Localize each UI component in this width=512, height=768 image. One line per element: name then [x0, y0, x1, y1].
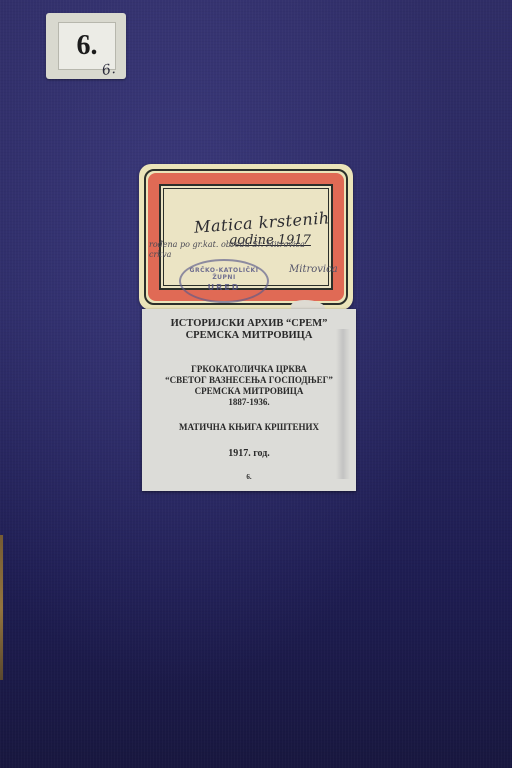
stamp-middle-text: URED: [181, 283, 267, 292]
handwritten-note-line1: rođena po gr.kat. obredu Sr. Mitrovica: [149, 240, 305, 249]
book-year: 1917. год.: [142, 448, 356, 459]
archive-fond: ГРКОКАТОЛИЧКА ЦРКВА “СВЕТОГ ВАЗНЕСЕЊА ГО…: [142, 364, 356, 408]
institution-line: ИСТОРИЈСКИ АРХИВ “СРЕМ”: [142, 318, 356, 330]
stamp-top-text: GRČKO-KATOLIČKI ŽUPNI: [181, 267, 267, 281]
binding-edge: [0, 535, 3, 680]
handwritten-signature: Mitrovica: [289, 264, 338, 275]
fond-line: ГРКОКАТОЛИЧКА ЦРКВА: [142, 364, 356, 375]
archive-institution: ИСТОРИЈСКИ АРХИВ “СРЕМ” СРЕМСКА МИТРОВИЦ…: [142, 318, 356, 342]
archive-label: ИСТОРИЈСКИ АРХИВ “СРЕМ” СРЕМСКА МИТРОВИЦ…: [142, 309, 356, 491]
ornamental-label: Matica krstenih godine 1917 rođena po gr…: [139, 164, 353, 310]
institution-line: СРЕМСКА МИТРОВИЦА: [142, 330, 356, 342]
book-number: 6.: [142, 473, 356, 481]
fond-line: СРЕМСКА МИТРОВИЦА: [142, 386, 356, 397]
fond-line: 1887-1936.: [142, 397, 356, 408]
handwritten-note-line2: crkva: [149, 250, 171, 259]
book-title: МАТИЧНА КЊИГА КРШТЕНИХ: [142, 422, 356, 432]
fond-line: “СВЕТОГ ВАЗНЕСЕЊА ГОСПОДЊЕГ”: [142, 375, 356, 386]
stamp-icon: GRČKO-KATOLIČKI ŽUPNI URED: [179, 259, 269, 303]
number-sticker-handwritten: 6.: [101, 61, 117, 79]
